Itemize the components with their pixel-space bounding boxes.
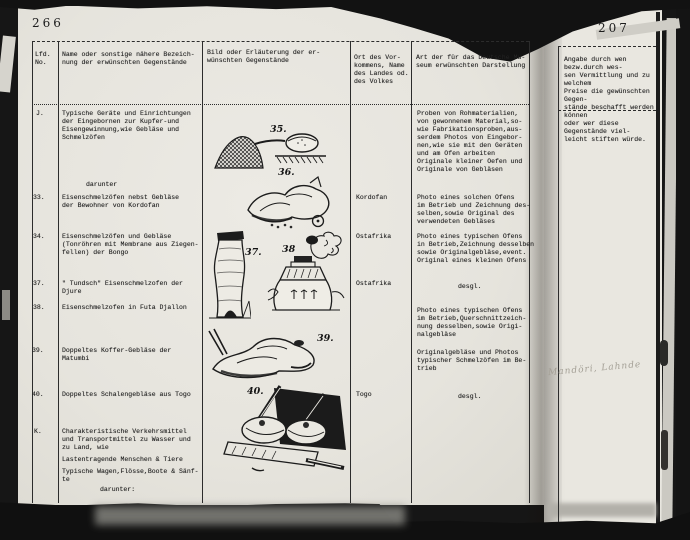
header-image: Bild oder Erläuterung der er- wünschten …: [207, 49, 349, 65]
row-no: 33.: [33, 194, 45, 202]
table-rule: [558, 46, 656, 47]
edge-ink-stain: [660, 340, 668, 366]
scanned-ledger-spread: 266 207 Lfd. No. Name oder sonstige nähe…: [0, 0, 690, 540]
header-source: Angabe durch wen bezw.durch wes- sen Ver…: [564, 56, 659, 144]
header-no: Lfd. No.: [35, 51, 59, 67]
row-name: Eisenschmelzöfen und Gebläse (Tonröhren …: [62, 233, 207, 257]
row-location: Kordofan: [356, 194, 410, 202]
sketch-shaft-furnace: [209, 231, 251, 321]
header-representation: Art der für das Deutsche Mu- seum erwüns…: [416, 54, 530, 70]
row-name: Doppeltes Schalengebläse aus Togo: [62, 391, 207, 399]
blurred-page-bottom: [95, 506, 405, 525]
table-rule: [350, 41, 351, 503]
sketch-charcoal-mound-with-ladle: [213, 130, 328, 172]
row-representation: desgl.: [458, 393, 481, 401]
table-rule: [411, 41, 412, 503]
row-name: Doppeltes Koffer-Gebläse der Matumbi: [62, 347, 207, 363]
row-name: Eisenschmelzofen in Futa Djallon: [62, 304, 207, 312]
row-name: Charakteristische Verkehrsmittel und Tra…: [62, 428, 207, 452]
row-representation: Photo eines solchen Ofens im Betrieb und…: [417, 194, 533, 226]
header-name: Name oder sonstige nähere Bezeich- nung …: [62, 51, 202, 67]
row-location: Ostafrika: [356, 233, 410, 241]
edge-ink-stain: [661, 430, 668, 470]
row-no: 34.: [33, 233, 45, 241]
row-name: Typische Geräte und Einrichtungen der Ei…: [62, 110, 207, 142]
row-no: K.: [34, 428, 42, 436]
row-name: " Tundsch" Eisenschmelzofen der Djure: [62, 280, 207, 296]
row-representation: desgl.: [458, 283, 481, 291]
header-location: Ort des Vor- kommens, Name des Landes od…: [354, 54, 410, 86]
left-margin-scrap: [0, 35, 16, 92]
row-subheading: darunter: [86, 181, 117, 189]
page-number-right: 207: [598, 21, 630, 35]
table-rule: [558, 46, 559, 522]
table-rule: [32, 41, 33, 503]
row-no: 40.: [32, 391, 44, 399]
row-location: Togo: [356, 391, 410, 399]
row-no: 38.: [33, 304, 45, 312]
right-dark-margin: [676, 0, 690, 540]
row-name: Eisenschmelzöfen nebst Gebläse der Bewoh…: [62, 194, 207, 210]
row-name-line2: Lastentragende Menschen & Tiere: [62, 456, 207, 464]
row-representation: Proben von Rohmaterialien, von gewonnene…: [417, 110, 533, 174]
blurred-page-bottom: [548, 503, 656, 517]
row-representation: Photo eines typischen Ofens in Betrieb,Z…: [417, 233, 535, 265]
row-representation: Originalgebläse und Photos typischer Sch…: [417, 349, 533, 373]
table-rule: [32, 104, 529, 105]
row-subheading: darunter:: [100, 486, 135, 494]
row-name-line3: Typische Wagen,Flösse,Boote & Sänf- te: [62, 468, 208, 484]
row-location: Ostafrika: [356, 280, 410, 288]
sketch-bag-bellows: [240, 175, 340, 230]
row-no: J.: [36, 110, 44, 118]
row-representation: Photo eines typischen Ofens im Betrieb,Q…: [417, 307, 533, 339]
sketch-dome-furnace-with-smoke: [266, 230, 346, 316]
page-number-left: 266: [32, 16, 64, 30]
sketch-double-koffer-bellows: [207, 327, 325, 382]
table-rule: [32, 41, 529, 42]
left-margin-scrap: [2, 290, 10, 320]
table-rule: [58, 41, 59, 503]
row-no: 39.: [32, 347, 44, 355]
sketch-double-bowl-bellows: [222, 380, 348, 476]
row-no: 37.: [33, 280, 45, 288]
